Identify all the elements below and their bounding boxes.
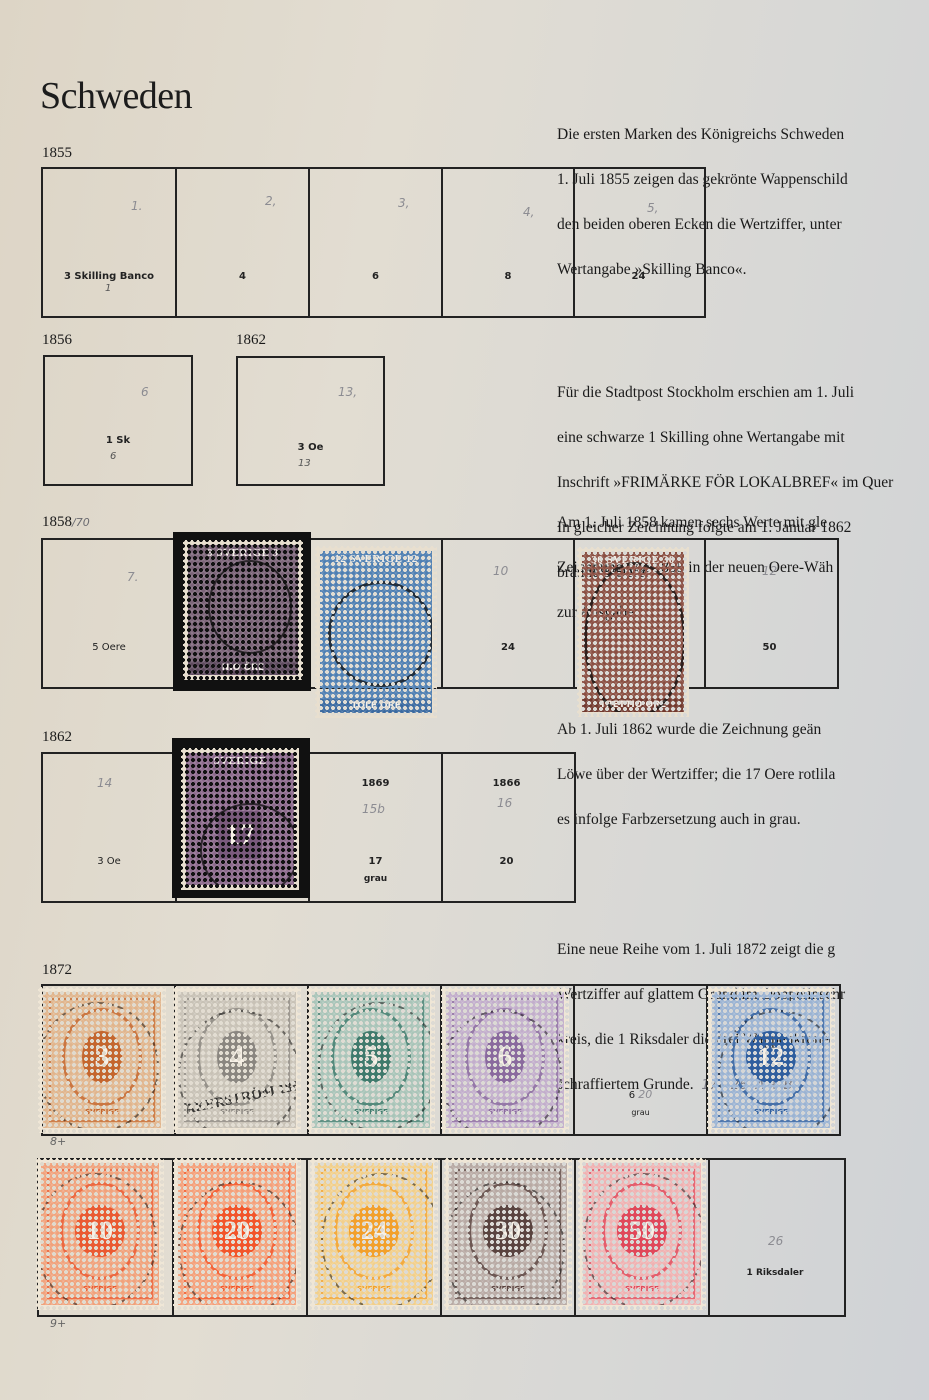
pencil-catalog-number: 1: [105, 283, 111, 294]
pencil-catalog-number: 26: [768, 1234, 783, 1248]
slot-label: 5 Oere: [43, 642, 175, 653]
slot-color-note: grau: [310, 874, 441, 884]
stamp-30-ore[interactable]: 30 SVERIGE 30 TRETTIO ÖRE: [577, 547, 689, 717]
page-title: Schweden: [40, 74, 192, 118]
stamp-12-ore[interactable]: 12 SVERIGE 12 TOLF ÖRE: [315, 546, 437, 718]
stamp-slot[interactable]: 10 24: [443, 540, 575, 687]
text-line: eine schwarze 1 Skilling ohne Wertangabe…: [557, 430, 929, 445]
pencil-catalog-number: 2,: [265, 194, 276, 208]
stamp-slot[interactable]: 1. 3 Skilling Banco 1: [43, 169, 177, 316]
postmark-cancel: [321, 1173, 433, 1305]
pencil-catalog-number: 3,: [398, 196, 409, 210]
year-heading-1858: 1858/70: [42, 514, 90, 531]
stamp-6-ore[interactable]: 6SVERIGE: [441, 987, 569, 1133]
year-heading-1862: 1862: [236, 332, 266, 349]
stamp-row-1855: 1. 3 Skilling Banco 1 2, 4 3, 6 4, 8 5, …: [41, 167, 706, 318]
stamp-slot[interactable]: 1866 16 20: [443, 754, 570, 901]
pencil-catalog-number: 14: [97, 776, 112, 790]
postmark-cancel: [318, 1002, 430, 1128]
stamp-10-ore[interactable]: 10SVERIGE: [36, 1158, 164, 1310]
pencil-note: 9+: [50, 1317, 66, 1330]
stamp-slot[interactable]: 26 1 Riksdaler: [710, 1160, 840, 1315]
text-line: Am 1. Juli 1858 kamen sechs Werte mit gl…: [557, 515, 929, 530]
text-line: Eine neue Reihe vom 1. Juli 1872 zeigt d…: [557, 942, 929, 957]
slot-label: 3 Skilling Banco: [43, 271, 175, 282]
slot-label: 3 Oe: [238, 442, 383, 453]
pencil-catalog-number: 10: [493, 564, 508, 578]
stamp-slot[interactable]: 6 1 Sk 6: [43, 355, 193, 486]
year-heading-1855: 1855: [42, 145, 72, 162]
stamp-slot[interactable]: 12 50: [706, 540, 833, 687]
slot-color-note: grau: [575, 1108, 706, 1117]
stamp-slot[interactable]: 6 20 grau: [575, 986, 708, 1134]
pencil-catalog-number: 6: [141, 385, 149, 399]
stamp-slot[interactable]: 1869 15b 17 grau: [310, 754, 443, 901]
slot-label: 24: [575, 271, 702, 282]
pencil-catalog-number: 6: [110, 451, 116, 462]
stamp-24-ore[interactable]: 24SVERIGE: [310, 1158, 438, 1310]
slot-label: 17: [310, 856, 441, 867]
stamp-12-ore[interactable]: 12SVERIGE: [707, 987, 835, 1133]
year-heading-1872: 1872: [42, 962, 72, 979]
pencil-catalog-number: 4,: [523, 205, 534, 219]
slot-label: 1 Sk: [45, 435, 191, 446]
stamp-slot[interactable]: 5, 24: [575, 169, 702, 316]
postmark-cancel: [584, 562, 684, 712]
text-line: Die ersten Marken des Königreichs Schwed…: [557, 127, 929, 142]
text-line: Für die Stadtpost Stockholm erschien am …: [557, 385, 929, 400]
slot-label: 4: [177, 271, 308, 282]
slot-label: 3 Oe: [43, 856, 175, 867]
year-text: 1858: [42, 514, 72, 530]
stamp-30-ore[interactable]: 30SVERIGE: [444, 1158, 572, 1310]
slot-label: 24: [443, 642, 573, 653]
stamp-50-ore[interactable]: 50SVERIGE: [578, 1158, 706, 1310]
stamp-17-ore[interactable]: SVERIGE 17: [181, 748, 299, 890]
stamp-slot[interactable]: 2, 4: [177, 169, 310, 316]
stamp-5-ore[interactable]: 5SVERIGE: [307, 987, 435, 1133]
pencil-catalog-number: 13,: [338, 385, 357, 399]
text-line: es infolge Farbzersetzung auch in grau.: [557, 812, 929, 827]
stamp-3-ore[interactable]: 3SVERIGE: [38, 987, 166, 1133]
slot-year-label: 1866: [443, 778, 570, 789]
slot-label: 8: [443, 271, 573, 282]
stamp-9-ore[interactable]: 9 SVERIGE 9 NIO ÖRE: [183, 540, 303, 680]
stamp-slot[interactable]: 7. 5 Oere: [43, 540, 177, 687]
postmark-cancel: [43, 1002, 159, 1128]
pencil-note: /70: [72, 516, 90, 529]
year-heading-1856: 1856: [42, 332, 72, 349]
pencil-catalog-number: 15b: [362, 802, 385, 816]
postmark-cancel: [41, 1173, 157, 1305]
pencil-catalog-number: 7.: [127, 570, 138, 584]
postmark-cancel: [583, 1173, 701, 1305]
stamp-slot[interactable]: 13, 3 Oe 13: [236, 356, 385, 486]
stamp-row-1858: 7. 5 Oere 10 24 12 50: [41, 538, 839, 689]
stamp-slot[interactable]: 14 3 Oe: [43, 754, 177, 901]
pencil-catalog-number: 16: [497, 796, 512, 810]
text-line: Löwe über der Wertziffer; die 17 Oere ro…: [557, 767, 929, 782]
year-heading-1862-series: 1862: [42, 729, 72, 746]
pencil-catalog-number: 5,: [647, 201, 658, 215]
slot-year-label: 1869: [310, 778, 441, 789]
slot-label: 6: [310, 271, 441, 282]
pencil-note: 8+: [50, 1135, 66, 1148]
postmark-cancel: [208, 560, 292, 654]
slot-label: 1 Riksdaler: [710, 1268, 840, 1278]
stamp-slot[interactable]: 4, 8: [443, 169, 575, 316]
text-line: Ab 1. Juli 1862 wurde die Zeichnung geän: [557, 722, 929, 737]
stamp-4-ore[interactable]: 4SVERIGEAKERSTRÖM 1887: [173, 987, 301, 1133]
slot-label: 50: [706, 642, 833, 653]
stamp-slot[interactable]: 3, 6: [310, 169, 443, 316]
pencil-catalog-number: 13: [298, 458, 311, 469]
pencil-catalog-number: 1.: [131, 199, 142, 213]
postmark-cancel: [178, 1181, 296, 1305]
pencil-catalog-number: 12: [762, 564, 777, 578]
postmark-cancel: [328, 581, 432, 687]
slot-label-value: 6: [629, 1090, 635, 1101]
slot-label: 6 20: [575, 1088, 706, 1101]
pencil-catalog-number: 20: [638, 1088, 652, 1101]
slot-label: 20: [443, 856, 570, 867]
stamp-20-ore[interactable]: 20SVERIGE: [173, 1158, 301, 1310]
